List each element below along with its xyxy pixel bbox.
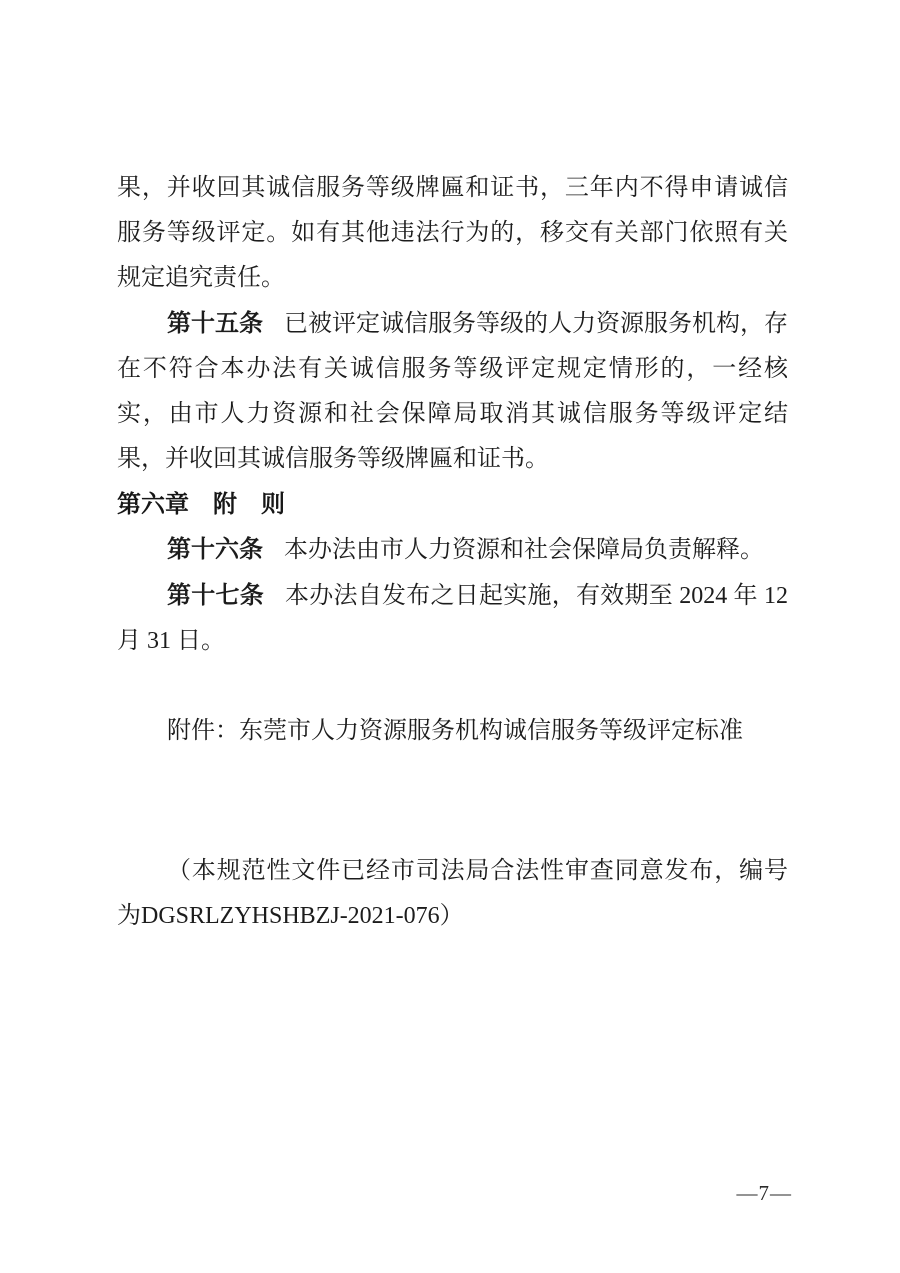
article-16-text: 本办法由市人力资源和社会保障局负责解释。 [284,537,764,563]
chapter-6-heading: 第六章 附 则 [117,482,788,527]
document-page: 果，并收回其诚信服务等级牌匾和证书，三年内不得申请诚信服务等级评定。如有其他违法… [0,0,900,1273]
paragraph-continuation: 果，并收回其诚信服务等级牌匾和证书，三年内不得申请诚信服务等级评定。如有其他违法… [117,166,788,301]
article-15-paragraph: 第十五条已被评定诚信服务等级的人力资源服务机构，存在不符合本办法有关诚信服务等级… [117,301,788,482]
article-17-label: 第十七条 [167,582,264,609]
article-17-paragraph: 第十七条本办法自发布之日起实施，有效期至 2024 年 12 月 31 日。 [117,573,788,664]
document-text-block: 果，并收回其诚信服务等级牌匾和证书，三年内不得申请诚信服务等级评定。如有其他违法… [117,0,788,939]
article-16-label: 第十六条 [167,536,263,563]
page-number: —7— [737,1180,793,1206]
legality-review-note: （本规范性文件已经市司法局合法性审查同意发布，编号为DGSRLZYHSHBZJ-… [117,849,788,939]
article-15-label: 第十五条 [167,310,263,337]
attachment-reference: 附件：东莞市人力资源服务机构诚信服务等级评定标准 [117,709,788,754]
article-16-paragraph: 第十六条本办法由市人力资源和社会保障局负责解释。 [117,527,788,573]
